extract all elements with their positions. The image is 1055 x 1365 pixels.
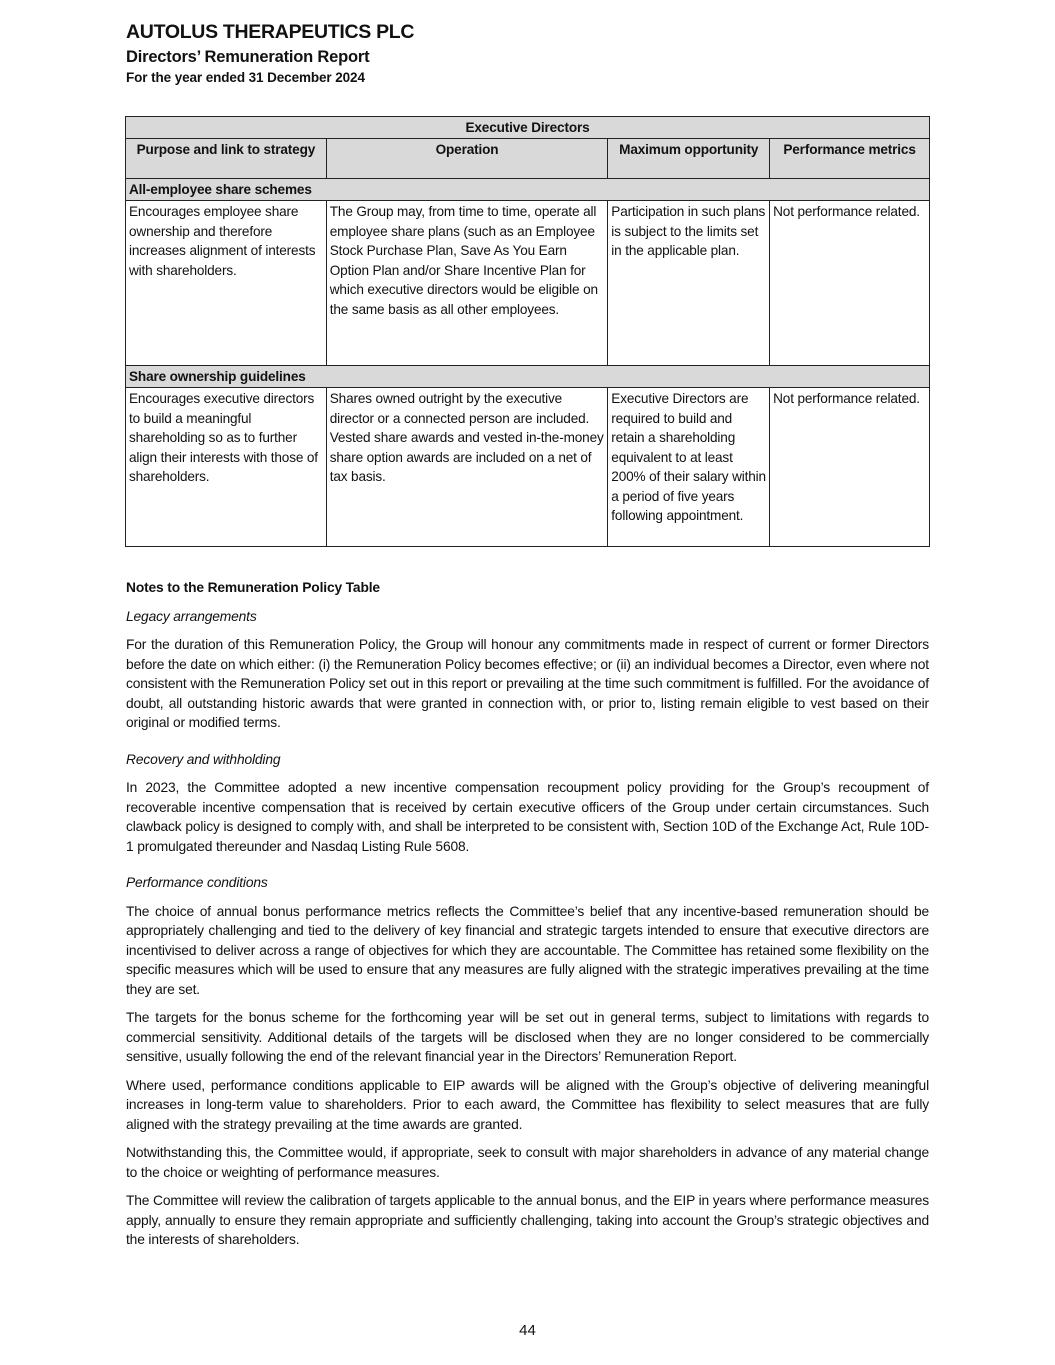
column-header-operation: Operation xyxy=(326,139,608,179)
page-number: 44 xyxy=(0,1322,1055,1339)
cell-operation: The Group may, from time to time, operat… xyxy=(326,201,608,366)
page-header: AUTOLUS THERAPEUTICS PLC Directors’ Remu… xyxy=(126,20,414,87)
section-heading-share-ownership-guidelines: Share ownership guidelines xyxy=(126,366,930,388)
company-name: AUTOLUS THERAPEUTICS PLC xyxy=(126,20,414,44)
table-title-row: Executive Directors xyxy=(126,117,930,139)
paragraph-bonus-targets: The targets for the bonus scheme for the… xyxy=(126,1008,929,1067)
cell-purpose: Encourages executive directors to build … xyxy=(126,388,327,547)
cell-maximum-opportunity: Executive Directors are required to buil… xyxy=(608,388,770,547)
report-title: Directors’ Remuneration Report xyxy=(126,46,414,68)
table-row: Encourages executive directors to build … xyxy=(126,388,930,547)
cell-maximum-opportunity: Participation in such plans is subject t… xyxy=(608,201,770,366)
cell-purpose: Encourages employee share ownership and … xyxy=(126,201,327,366)
subheading-legacy-arrangements: Legacy arrangements xyxy=(126,607,929,627)
cell-performance-metrics: Not performance related. xyxy=(770,388,930,547)
subheading-recovery-withholding: Recovery and withholding xyxy=(126,750,929,770)
remuneration-policy-table: Executive Directors Purpose and link to … xyxy=(125,116,930,547)
paragraph-performance-metrics: The choice of annual bonus performance m… xyxy=(126,902,929,1000)
cell-operation: Shares owned outright by the executive d… xyxy=(326,388,608,547)
table-title: Executive Directors xyxy=(126,117,930,139)
section-heading-all-employee-share-schemes: All-employee share schemes xyxy=(126,179,930,201)
report-period: For the year ended 31 December 2024 xyxy=(126,69,414,87)
paragraph-recovery: In 2023, the Committee adopted a new inc… xyxy=(126,778,929,856)
paragraph-eip-conditions: Where used, performance conditions appli… xyxy=(126,1076,929,1135)
notes-section: Notes to the Remuneration Policy Table L… xyxy=(126,578,929,1259)
section-heading-row: Share ownership guidelines xyxy=(126,366,930,388)
notes-heading: Notes to the Remuneration Policy Table xyxy=(126,578,929,598)
table-row: Encourages employee share ownership and … xyxy=(126,201,930,366)
column-header-performance-metrics: Performance metrics xyxy=(770,139,930,179)
paragraph-target-calibration: The Committee will review the calibratio… xyxy=(126,1191,929,1250)
cell-performance-metrics: Not performance related. xyxy=(770,201,930,366)
paragraph-shareholder-consultation: Notwithstanding this, the Committee woul… xyxy=(126,1143,929,1182)
column-header-purpose: Purpose and link to strategy xyxy=(126,139,327,179)
paragraph-legacy: For the duration of this Remuneration Po… xyxy=(126,635,929,733)
section-heading-row: All-employee share schemes xyxy=(126,179,930,201)
column-header-maximum-opportunity: Maximum opportunity xyxy=(608,139,770,179)
table-header-row: Purpose and link to strategy Operation M… xyxy=(126,139,930,179)
subheading-performance-conditions: Performance conditions xyxy=(126,873,929,893)
